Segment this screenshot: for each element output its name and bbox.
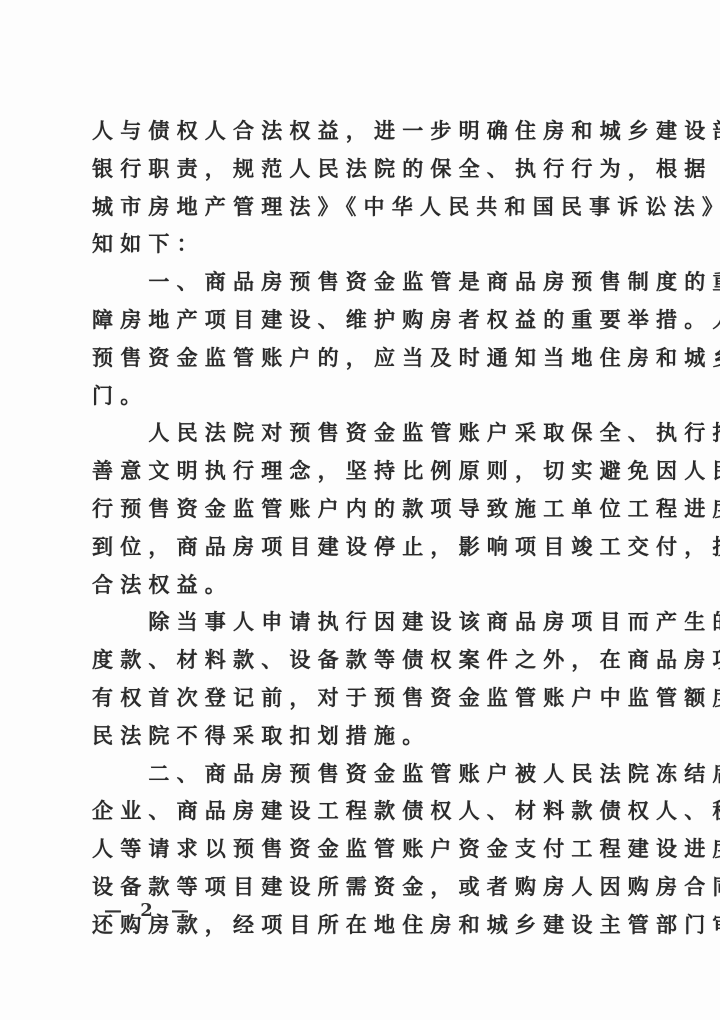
text-line: 一、商品房预售资金监管是商品房预售制度的重要内容，是保 (92, 263, 632, 301)
text-line: 民法院不得采取扣划措施。 (92, 717, 632, 755)
document-body: 人与债权人合法权益，进一步明确住房和城乡建设部门、相关商业 银行职责，规范人民法… (92, 112, 632, 944)
text-line: 门。 (92, 377, 632, 415)
text-line: 障房地产项目建设、维护购房者权益的重要举措。人民法院冻结 (92, 301, 632, 339)
text-line: 城市房地产管理法》《中华人民共和国民事诉讼法》等法律规定，通 (92, 188, 632, 226)
text-line: 人民法院对预售资金监管账户采取保全、执行措施时要强化 (92, 414, 632, 452)
text-line: 有权首次登记前，对于预售资金监管账户中监管额度内的款项，人 (92, 679, 632, 717)
text-line: 度款、材料款、设备款等债权案件之外，在商品房项目完成房屋所 (92, 641, 632, 679)
text-line: 除当事人申请执行因建设该商品房项目而产生的工程建设进 (92, 603, 632, 641)
text-line: 知如下： (92, 225, 632, 263)
text-line: 到位，商品房项目建设停止，影响项目竣工交付，损害广大购房人 (92, 528, 632, 566)
document-page: 人与债权人合法权益，进一步明确住房和城乡建设部门、相关商业 银行职责，规范人民法… (0, 0, 720, 1020)
text-line: 二、商品房预售资金监管账户被人民法院冻结后，房地产开发 (92, 755, 632, 793)
text-line: 人等请求以预售资金监管账户资金支付工程建设进度款、材料款、 (92, 830, 632, 868)
page-number: — 2 — (104, 900, 195, 921)
text-line: 行预售资金监管账户内的款项导致施工单位工程进度款无法拨付 (92, 490, 632, 528)
text-line: 预售资金监管账户的，应当及时通知当地住房和城乡建设主管部 (92, 339, 632, 377)
text-line: 合法权益。 (92, 566, 632, 604)
text-line: 善意文明执行理念，坚持比例原则，切实避免因人民法院保全、执 (92, 452, 632, 490)
text-line: 人与债权人合法权益，进一步明确住房和城乡建设部门、相关商业 (92, 112, 632, 150)
text-line: 银行职责，规范人民法院的保全、执行行为，根据《中华人民共和国 (92, 150, 632, 188)
text-line: 企业、商品房建设工程款债权人、材料款债权人、租赁设备款债权 (92, 792, 632, 830)
